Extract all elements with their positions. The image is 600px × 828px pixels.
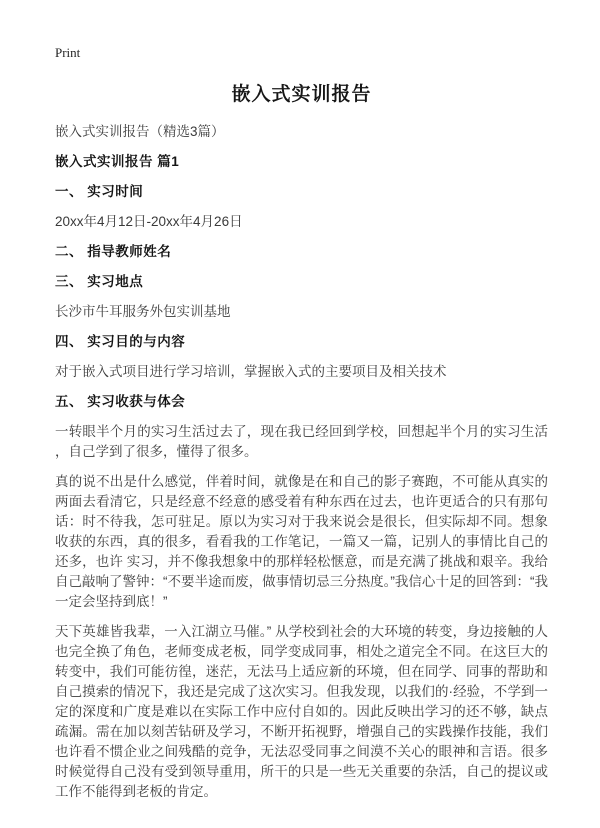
print-action-label[interactable]: Print xyxy=(55,45,548,61)
body-paragraph-1: 一转眼半个月的实习生活过去了，现在我已经回到学校，回想起半个月的实习生活，自己学… xyxy=(55,422,548,462)
internship-place-text: 长沙市牛耳服务外包实训基地 xyxy=(55,302,548,322)
body-paragraph-2: 真的说不出是什么感觉，伴着时间，就像是在和自己的影子赛跑，不可能从真实的两面去看… xyxy=(55,472,548,612)
heading-internship-place: 三、 实习地点 xyxy=(55,272,548,292)
body-paragraph-3: 天下英雄皆我辈，一入江湖立马催。” 从学校到社会的大环境的转变，身边接触的人也完… xyxy=(55,622,548,802)
heading-internship-time: 一、 实习时间 xyxy=(55,182,548,202)
doc-subtitle: 嵌入式实训报告（精选3篇） xyxy=(55,122,548,142)
document-title: 嵌入式实训报告 xyxy=(55,82,548,108)
heading-instructor-name: 二、 指导教师姓名 xyxy=(55,242,548,262)
part-heading-pian1: 嵌入式实训报告 篇1 xyxy=(55,152,548,172)
internship-dates: 20xx年4月12日-20xx年4月26日 xyxy=(55,212,548,232)
document-page: Print 嵌入式实训报告 嵌入式实训报告（精选3篇） 嵌入式实训报告 篇1 一… xyxy=(0,0,600,828)
purpose-content-text: 对于嵌入式项目进行学习培训，掌握嵌入式的主要项目及相关技术 xyxy=(55,362,548,382)
heading-purpose-content: 四、 实习目的与内容 xyxy=(55,332,548,352)
heading-gains-experience: 五、 实习收获与体会 xyxy=(55,392,548,412)
